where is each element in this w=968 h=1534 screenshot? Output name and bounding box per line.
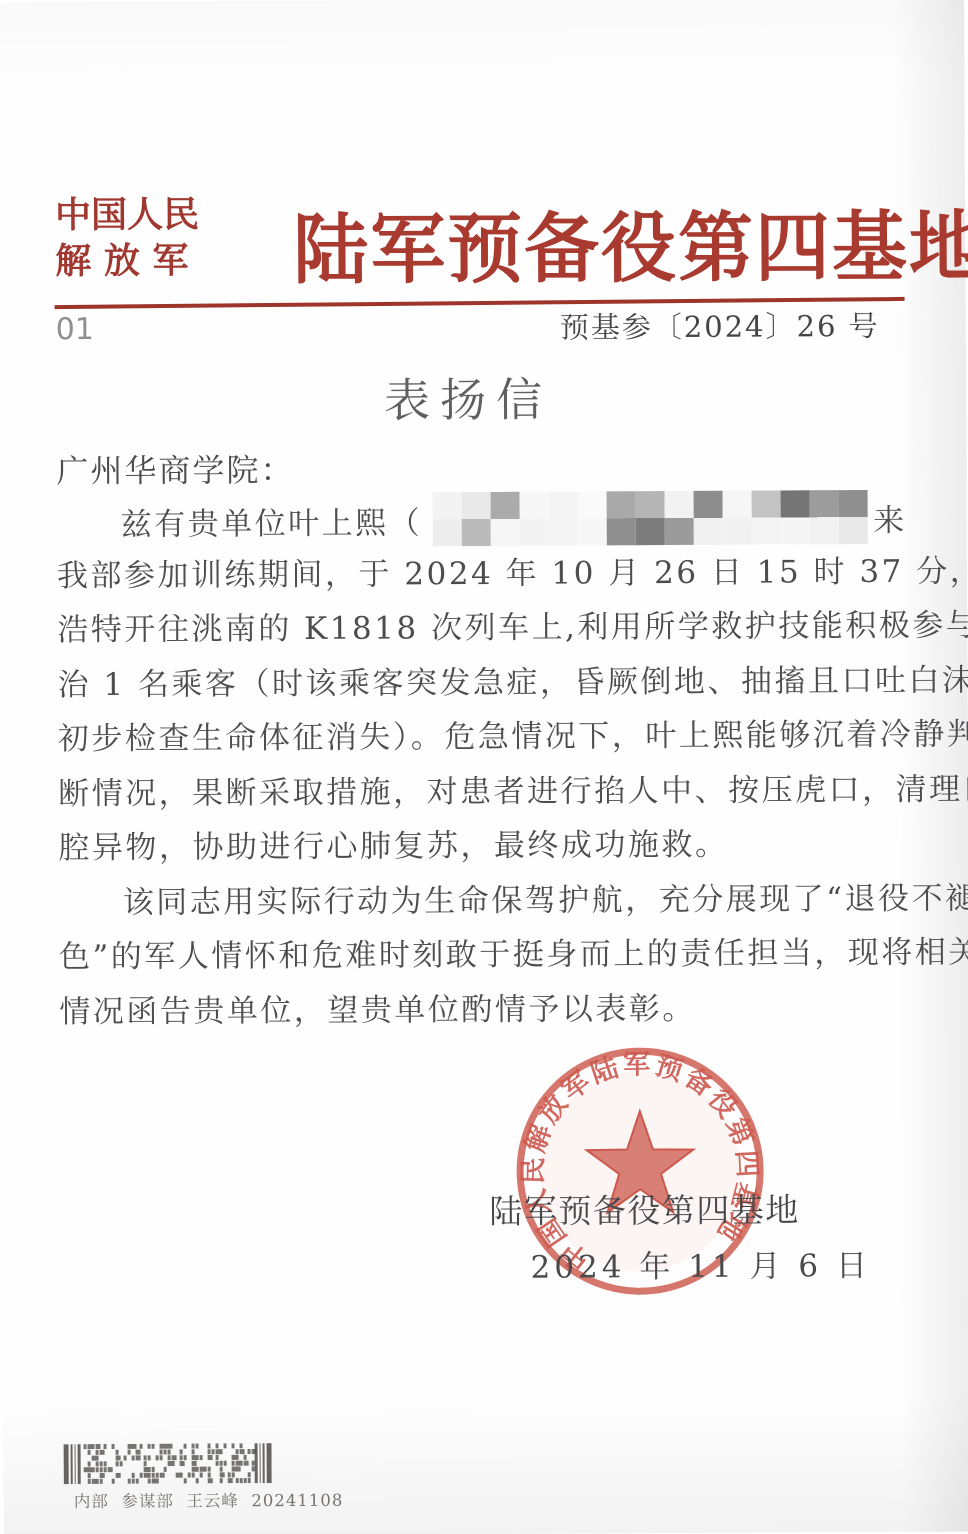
- letterhead-org-small: 中国人民解 放 军: [55, 191, 199, 284]
- document-title: 表扬信: [0, 362, 938, 433]
- barcode-stop-pattern: [255, 1443, 272, 1483]
- redaction-mosaic: [432, 490, 867, 546]
- org-small-line1: 中国人民: [55, 193, 199, 236]
- letter-body: 兹有贵单位叶上熙（ 来 我部参加训练期间，于 2024 年 10 月 26 日 …: [57, 490, 910, 1039]
- redaction-block: [809, 490, 838, 544]
- document-number: 预基参〔2024〕26 号: [560, 304, 880, 347]
- body-line-redacted: 兹有贵单位叶上熙（ 来: [57, 490, 907, 549]
- body-line: 初步检查生命体征消失）。危急情况下，叶上熙能够沉着冷静判: [58, 708, 908, 767]
- redaction-block: [548, 492, 577, 546]
- redaction-block: [432, 492, 461, 546]
- body-line: 腔异物，协助进行心肺复苏，最终成功施救。: [58, 817, 908, 876]
- salutation: 广州华商学院：: [56, 445, 294, 492]
- scanned-letter-page: 中国人民解 放 军 陆军预备役第四基地 01 预基参〔2024〕26 号 表扬信…: [0, 0, 968, 1534]
- paper-shading-top: [0, 0, 964, 93]
- redaction-block: [751, 491, 780, 545]
- letterhead-org-large: 陆军预备役第四基地: [293, 193, 968, 303]
- page-number: 01: [56, 312, 94, 347]
- body-line-suffix: 来: [873, 495, 907, 540]
- redaction-block: [722, 491, 751, 545]
- body-line: 治 1 名乘客（时该乘客突发急症，昏厥倒地、抽搐且口吐白沫，: [57, 653, 907, 712]
- body-line: 断情况，果断采取措施，对患者进行掐人中、按压虎口，清理口: [58, 762, 908, 821]
- body-line: 色”的军人情怀和危难时刻敢于挺身而上的责任担当，现将相关: [59, 926, 909, 985]
- body-line: 我部参加训练期间，于 2024 年 10 月 26 日 15 时 37 分，在呼…: [57, 544, 907, 603]
- redaction-block: [519, 492, 548, 546]
- footer-note: 内部 参谋部 王云峰 20241108: [74, 1487, 344, 1512]
- barcode-data-modules: [84, 1443, 257, 1484]
- org-small-line2: 解 放 军: [55, 240, 188, 283]
- body-line: 浩特开往洮南的 K1818 次列车上,利用所学救护技能积极参与救: [57, 599, 907, 658]
- signature-date: 2024 年 11 月 6 日: [530, 1240, 871, 1287]
- redaction-block: [490, 492, 519, 546]
- body-line: 该同志用实际行动为生命保驾护航，充分展现了“退役不褪: [59, 871, 909, 930]
- barcode-start-pattern: [64, 1444, 81, 1484]
- body-line: 情况函告贵单位，望贵单位酌情予以表彰。: [59, 980, 909, 1039]
- signature-unit: 陆军预备役第四基地: [489, 1184, 800, 1233]
- redaction-block: [606, 491, 635, 545]
- redaction-block: [780, 491, 809, 545]
- redaction-block: [838, 490, 867, 544]
- redaction-block: [693, 491, 722, 545]
- barcode: [64, 1443, 272, 1484]
- redaction-block: [664, 491, 693, 545]
- redaction-block: [635, 491, 664, 545]
- body-line-prefix: 兹有贵单位叶上熙（: [121, 497, 423, 544]
- redaction-block: [461, 492, 490, 546]
- redaction-block: [577, 492, 606, 546]
